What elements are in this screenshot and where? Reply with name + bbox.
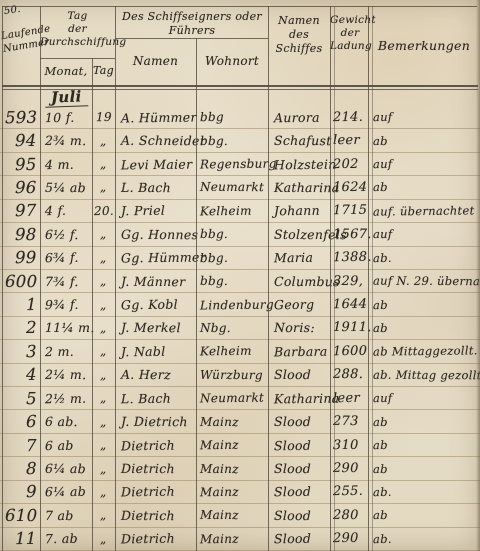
cell-ladung: 290 [330,531,368,546]
cell-bem: auf [368,157,480,171]
name-value: L. Bach [121,390,171,406]
table-row: 996¾ f.„Gg. Hümmerbbg.Maria1388.ab. [0,247,480,270]
cell-bem: ab [368,180,480,194]
cell-schiff: Johann [268,203,330,218]
cell-zeit: 2¾ m. [40,133,92,148]
wohnort-value: Lindenburg [200,297,274,312]
cell-name: Gg. Honnes [115,227,196,242]
cell-name: J. Priel [115,203,196,218]
bem-value: ab [373,508,388,522]
cell-bem: auf [368,391,480,405]
wohnort-value: Kelheim [200,204,252,219]
cell-schiff: Katharina [268,180,330,195]
schiff-value: Johann [274,203,320,219]
cell-wohnort: Würzburg [196,368,268,382]
bem-value: ab [373,415,388,429]
cell-nr: 4 [0,365,40,384]
tag-value: „ [100,485,107,499]
cell-name: A. Schneider [115,133,196,148]
bem-value: ab [373,297,388,311]
wohnort-value: Mainz [200,485,239,499]
cell-schiff: Barbara [268,344,330,359]
name-value: J. Merkel [121,320,181,335]
cell-zeit: 6¼ ab [40,461,92,476]
register-page: 50. Laufende Nummer Tag der Durchschiffu… [0,0,480,551]
nr-value: 95 [15,154,37,173]
table-row: 86¼ ab„DietrichMainzSlood290ab [0,457,480,480]
cell-nr: 94 [0,131,40,150]
table-row: 19¾ f.„Gg. KoblLindenburgGeorg1644ab [0,293,480,316]
cell-bem: auf N. 29. übernachtet [368,274,480,288]
name-value: J. Dietrich [121,414,188,429]
ladung-value: 1715 [333,203,367,218]
cell-zeit: 4 f. [40,203,92,218]
cell-nr: 7 [0,436,40,455]
cell-zeit: 7¾ f. [40,274,92,289]
bem-value: auf. übernachtet [373,203,475,218]
cell-zeit: 6¾ f. [40,250,92,265]
cell-schiff: Slood [268,508,330,523]
cell-nr: 95 [0,155,40,174]
nr-value: 97 [15,201,37,220]
cell-zeit: 6½ f. [40,227,92,242]
subheader-line-tag [40,58,115,59]
cell-nr: 3 [0,342,40,361]
bem-value: ab [373,321,388,335]
zeit-value: 7. ab [45,531,78,546]
cell-wohnort: Mainz [196,462,268,476]
header-namen-des-schiffes: Namen des Schiffes [268,14,330,55]
cell-tag: „ [92,438,115,452]
cell-nr: 600 [0,272,40,291]
wohnort-value: Mainz [200,532,239,546]
cell-wohnort: Mainz [196,532,268,546]
cell-name: Dietrich [115,484,196,499]
cell-zeit: 6¼ ab [40,484,92,499]
wohnort-value: Neumarkt [200,180,264,194]
cell-bem: ab. [368,485,480,499]
name-value: Dietrich [121,484,175,500]
nr-value: 94 [15,131,37,150]
cell-schiff: Columbus [268,274,330,289]
ladung-value: leer [333,133,360,148]
zeit-value: 4 m. [45,156,74,171]
tag-value: „ [100,508,107,522]
bem-value: auf [373,157,393,171]
zeit-value: 11¼ m. [45,320,95,335]
cell-name: A. Hümmer [115,110,196,125]
ladung-value: 1567. [333,227,372,242]
bem-value: ab. [373,485,392,499]
name-value: Dietrich [121,461,175,476]
cell-ladung: 1644 [330,297,368,312]
name-value: L. Bach [121,180,171,195]
zeit-value: 6 ab. [45,414,78,429]
cell-bem: ab [368,462,480,476]
cell-schiff: Aurora [268,110,330,125]
cell-wohnort: Mainz [196,438,268,452]
tag-value: „ [100,227,107,241]
cell-bem: ab [368,298,480,312]
ladung-value: 202 [333,156,359,171]
zeit-value: 6 ab [45,437,74,452]
ladung-value: 280 [333,508,359,523]
cell-nr: 8 [0,459,40,478]
cell-ladung: 329, [330,274,368,289]
zeit-value: 7 ab [45,508,74,523]
tag-value: „ [100,298,107,312]
tag-value: 19 [95,110,111,124]
table-row: 76 ab„DietrichMainzSlood310ab [0,434,480,457]
wohnort-value: Kelheim [200,344,252,359]
name-value: J. Priel [121,203,165,219]
wohnort-value: Würzburg [200,368,263,382]
zeit-value: 2¼ m. [45,367,86,382]
cell-name: Dietrich [115,438,196,453]
wohnort-value: bbg. [200,227,228,241]
ladung-value: 290 [333,461,359,476]
ladung-value: 255. [333,484,363,499]
table-row: 974 f.20.J. PrielKelheimJohann1715auf. ü… [0,200,480,223]
nr-value: 5 [26,389,37,408]
zeit-value: 7¾ f. [45,274,79,289]
cell-schiff: Slood [268,484,330,499]
nr-value: 593 [4,108,37,127]
page-edge-shadow [476,0,480,551]
cell-wohnort: Regensburg [196,157,268,171]
cell-nr: 99 [0,248,40,267]
cell-wohnort: Kelheim [196,344,268,358]
cell-tag: „ [92,415,115,429]
cell-name: Levi Maier [115,157,196,172]
header-bottom-rule [2,85,478,87]
cell-schiff: Slood [268,531,330,546]
header-wohnort: Wohnort [196,54,268,69]
ladung-value: 273 [333,414,359,429]
schiff-value: Aurora [274,109,320,125]
cell-name: J. Dietrich [115,414,196,429]
cell-nr: 2 [0,318,40,337]
cell-name: A. Herz [115,367,196,382]
cell-wohnort: bbg [196,110,268,124]
cell-zeit: 7 ab [40,508,92,523]
cell-zeit: 2½ m. [40,391,92,406]
schiff-value: Slood [274,508,311,523]
ladung-value: 214. [333,110,363,125]
bem-value: ab [373,134,388,148]
cell-bem: auf. übernachtet [368,204,480,218]
name-value: Levi Maier [121,156,193,172]
cell-nr: 1 [0,295,40,314]
cell-bem: ab [368,415,480,429]
cell-schiff: Katharina [268,391,330,406]
wohnort-value: Nbg. [200,321,231,335]
zeit-value: 6¾ f. [45,250,79,265]
name-value: A. Herz [121,367,171,382]
zeit-value: 2¾ m. [45,133,86,148]
nr-value: 7 [26,436,37,455]
wohnort-value: Mainz [200,461,239,475]
schiff-value: Slood [274,461,311,476]
zeit-value: 5¼ ab [45,180,86,195]
schiff-value: Holzstein [274,156,337,172]
cell-tag: „ [92,321,115,335]
cell-wohnort: Kelheim [196,204,268,218]
nr-value: 610 [5,506,38,525]
schiff-value: Katharina [274,390,340,406]
cell-ladung: leer [330,133,368,148]
name-value: Gg. Kobl [121,297,178,313]
cell-schiff: Slood [268,438,330,453]
cell-schiff: Maria [268,250,330,265]
schiff-value: Noris: [274,320,315,335]
table-row: 96¼ ab„DietrichMainzSlood255.ab. [0,481,480,504]
ladung-value: 329, [333,274,363,289]
cell-zeit: 4 m. [40,157,92,172]
cell-tag: 20. [92,204,115,218]
nr-value: 4 [26,365,37,384]
tag-value: „ [100,157,107,171]
header-namen: Namen [115,54,196,69]
cell-schiff: Slood [268,367,330,382]
tag-value: „ [100,415,107,429]
cell-nr: 98 [0,225,40,244]
wohnort-value: bbg. [200,134,228,148]
cell-schiff: Schafust [268,133,330,148]
table-row: 6107 ab„DietrichMainzSlood280ab [0,504,480,527]
schiff-value: Katharina [274,180,340,195]
ladung-value: 1388. [333,250,372,265]
ladung-value: 1644 [333,297,367,312]
cell-bem: ab [368,134,480,148]
cell-ladung: 280 [330,508,368,523]
bem-value: ab. [373,532,392,546]
table-row: 117. ab„DietrichMainzSlood290ab. [0,528,480,551]
cell-wohnort: Mainz [196,415,268,429]
bem-value: ab. [373,251,392,265]
bem-value: auf [373,110,393,124]
cell-zeit: 11¼ m. [40,320,92,335]
cell-tag: „ [92,274,115,288]
nr-value: 2 [26,318,37,337]
cell-bem: ab [368,321,480,335]
schiff-value: Barbara [274,344,328,360]
cell-wohnort: Nbg. [196,321,268,335]
cell-bem: ab Mittaggezollt. [368,344,480,358]
name-value: Gg. Hümmer [121,250,206,266]
cell-wohnort: Mainz [196,485,268,499]
wohnort-value: Mainz [200,415,239,429]
cell-ladung: 255. [330,484,368,499]
cell-schiff: Holzstein [268,157,330,172]
ladung-value: 288. [333,367,363,382]
cell-zeit: 2 m. [40,344,92,359]
cell-name: Dietrich [115,531,196,546]
zeit-value: 6¼ ab [45,484,86,499]
wohnort-value: bbg [200,110,224,124]
schiff-value: Slood [274,484,311,499]
bem-value: ab Mittaggezollt. [373,344,478,359]
cell-ladung: 290 [330,461,368,476]
cell-zeit: 6 ab [40,438,92,453]
header-tag: Tag [92,64,115,78]
cell-ladung: leer [330,391,368,406]
zeit-value: 9¾ f. [45,297,79,312]
cell-nr: 9 [0,482,40,501]
schiff-value: Slood [274,531,311,546]
zeit-value: 2 m. [45,344,74,359]
cell-wohnort: Neumarkt [196,180,268,194]
schiff-value: Schafust [274,133,332,148]
cell-bem: ab. [368,532,480,546]
tag-value: „ [100,134,107,148]
ladung-value: 1600 [333,344,367,359]
cell-name: L. Bach [115,180,196,195]
page-corner-number: 50. [3,4,21,17]
name-value: Dietrich [121,508,175,523]
name-value: A. Schneider [121,133,206,148]
tag-value: „ [100,180,107,194]
cell-wohnort: bbg. [196,134,268,148]
zeit-value: 6½ f. [45,227,79,242]
header-tag-der-durchschiffung: Tag der Durchschiffung [40,10,115,49]
cell-nr: 97 [0,201,40,220]
cell-bem: auf [368,227,480,241]
cell-zeit: 5¼ ab [40,180,92,195]
table-row: 52½ m.„L. BachNeumarktKatharinaleerauf [0,387,480,410]
cell-tag: „ [92,485,115,499]
name-value: J. Männer [121,273,185,288]
register-table-body: 59310 f.19A. HümmerbbgAurora214.auf942¾ … [0,106,480,551]
cell-ladung: 1911. [330,320,368,335]
tag-value: „ [100,344,107,358]
cell-name: Gg. Hümmer [115,250,196,265]
cell-schiff: Stolzenfels [268,227,330,242]
name-value: J. Nabl [121,344,166,360]
cell-nr: 593 [0,108,40,127]
table-row: 965¼ ab„L. BachNeumarktKatharina1624ab [0,176,480,199]
cell-wohnort: Lindenburg [196,298,268,312]
header-gewicht-der-ladung: Gewicht der Ladung [330,14,370,53]
tag-value: „ [100,391,107,405]
cell-wohnort: Mainz [196,508,268,522]
header-monat: Monat, [40,64,92,78]
nr-value: 3 [26,342,37,361]
cell-zeit: 10 f. [40,110,92,125]
ladung-value: leer [333,391,360,406]
zeit-value: 10 f. [45,110,75,125]
subheader-line-eigner [115,38,268,39]
bem-value: ab [373,461,388,475]
cell-zeit: 2¼ m. [40,367,92,382]
cell-ladung: 214. [330,110,368,125]
cell-nr: 610 [0,506,40,525]
table-row: 66 ab.„J. DietrichMainzSlood273ab [0,410,480,433]
bem-value: ab [373,438,388,452]
cell-tag: „ [92,508,115,522]
ladung-value: 290 [333,531,359,546]
cell-nr: 6 [0,412,40,431]
table-row: 59310 f.19A. HümmerbbgAurora214.auf [0,106,480,129]
nr-value: 1 [26,295,37,314]
cell-zeit: 7. ab [40,531,92,546]
cell-name: Dietrich [115,508,196,523]
name-value: Gg. Honnes [121,227,198,242]
cell-ladung: 1567. [330,227,368,242]
cell-bem: ab [368,508,480,522]
tag-value: „ [100,321,107,335]
tag-value: „ [100,368,107,382]
nr-value: 98 [15,225,37,244]
cell-wohnort: Neumarkt [196,391,268,405]
cell-tag: „ [92,344,115,358]
bem-value: auf [373,391,393,405]
tag-value: „ [100,438,107,452]
cell-ladung: 273 [330,414,368,429]
cell-tag: „ [92,227,115,241]
cell-schiff: Slood [268,461,330,476]
nr-value: 9 [26,482,37,501]
cell-name: Gg. Kobl [115,297,196,312]
wohnort-value: Regensburg [200,157,277,172]
cell-nr: 96 [0,178,40,197]
table-border-top [2,6,477,7]
header-bemerkungen: Bemerkungen [372,38,476,54]
ladung-value: 1624 [333,180,367,195]
name-value: Dietrich [121,531,175,547]
cell-tag: „ [92,251,115,265]
cell-tag: „ [92,134,115,148]
wohnort-value: Neumarkt [200,391,264,406]
tag-value: 20. [93,204,113,218]
cell-wohnort: bbg. [196,251,268,265]
cell-ladung: 288. [330,367,368,382]
nr-value: 600 [5,272,38,291]
header-laufende-nummer: Laufende Nummer [0,25,43,56]
bem-value: auf N. 29. übernachtet [373,274,480,289]
schiff-value: Slood [274,367,311,382]
table-row: 6007¾ f.„J. Männerbbg.Columbus329,auf N.… [0,270,480,293]
zeit-value: 6¼ ab [45,461,86,476]
cell-tag: „ [92,368,115,382]
cell-tag: 19 [92,110,115,124]
cell-ladung: 202 [330,157,368,172]
cell-bem: ab. [368,251,480,265]
cell-schiff: Slood [268,414,330,429]
cell-ladung: 1624 [330,180,368,195]
cell-tag: „ [92,532,115,546]
header-schiffseigner-group: Des Schiffseigners oder Führers [117,10,267,38]
name-value: Dietrich [121,437,175,453]
name-value: A. Hümmer [121,109,197,125]
cell-tag: „ [92,391,115,405]
schiff-value: Slood [274,414,311,429]
cell-schiff: Noris: [268,320,330,335]
cell-tag: „ [92,298,115,312]
cell-ladung: 1600 [330,344,368,359]
cell-ladung: 1715 [330,203,368,218]
table-row: 954 m.„Levi MaierRegensburgHolzstein202a… [0,153,480,176]
cell-name: Dietrich [115,461,196,476]
wohnort-value: Mainz [200,438,239,452]
bem-value: ab [373,180,388,194]
nr-value: 6 [26,412,37,431]
schiff-value: Georg [274,297,315,312]
bem-value: auf [373,227,392,241]
wohnort-value: bbg. [200,274,228,288]
cell-zeit: 9¾ f. [40,297,92,312]
cell-ladung: 1388. [330,250,368,265]
